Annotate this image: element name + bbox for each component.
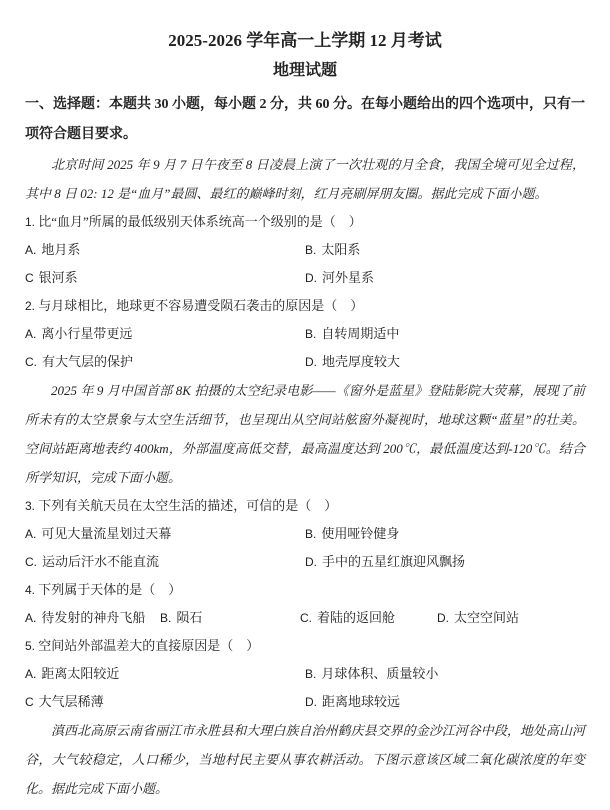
- option-letter: C: [25, 695, 34, 709]
- question-1-number: 1.: [25, 215, 35, 229]
- question-4-text: 下列属于天体的是（ ）: [38, 582, 181, 597]
- question-5-text: 空间站外部温差大的直接原因是（ ）: [38, 638, 259, 653]
- option-letter: C: [25, 271, 34, 285]
- exam-page: 2025-2026 学年高一上学期 12 月考试 地理试题 一、选择题：本题共 …: [0, 0, 610, 810]
- option-text: 河外星系: [322, 270, 374, 285]
- option-4-c: C.着陆的返回舱: [300, 604, 437, 632]
- question-2-text: 与月球相比，地球更不容易遭受陨石袭击的原因是（ ）: [38, 298, 363, 313]
- option-text: 有大气层的保护: [42, 354, 133, 369]
- option-text: 手中的五星红旗迎风飘扬: [322, 554, 465, 569]
- option-letter: D.: [305, 555, 317, 569]
- option-text: 地壳厚度较大: [322, 354, 400, 369]
- question-1-stem: 1. 比“血月”所属的最低级别天体系统高一个级别的是（ ）: [25, 208, 585, 236]
- passage-space-station: 2025 年 9 月中国首部 8K 拍摄的太空纪录电影——《窗外是蓝星》登陆影院…: [25, 376, 585, 492]
- option-5-c: C大气层稀薄: [25, 688, 305, 716]
- option-letter: A.: [25, 527, 36, 541]
- option-text: 自转周期适中: [321, 326, 399, 341]
- option-text: 运动后汗水不能直流: [42, 554, 159, 569]
- passage-jinsha-river: 滇西北高原云南省丽江市永胜县和大理白族自治州鹤庆县交界的金沙江河谷中段，地处高山…: [25, 716, 585, 803]
- option-4-a: A.待发射的神舟飞船: [25, 604, 160, 632]
- option-text: 可见大量流星划过天幕: [41, 526, 171, 541]
- option-5-b: B.月球体积、质量较小: [305, 660, 585, 688]
- question-5-number: 5.: [25, 639, 35, 653]
- option-letter: D.: [437, 611, 449, 625]
- option-letter: D.: [305, 695, 317, 709]
- option-1-c: C银河系: [25, 264, 305, 292]
- option-text: 使用哑铃健身: [321, 526, 399, 541]
- doc-subtitle: 地理试题: [25, 56, 585, 86]
- option-letter: C.: [25, 555, 37, 569]
- option-5-a: A.距离太阳较近: [25, 660, 305, 688]
- option-1-b: B.太阳系: [305, 236, 585, 264]
- option-text: 离小行星带更远: [41, 326, 132, 341]
- option-text: 大气层稀薄: [39, 694, 104, 709]
- question-3-options: A.可见大量流星划过天幕 B.使用哑铃健身 C.运动后汗水不能直流 D.手中的五…: [25, 520, 585, 576]
- question-2-options: A.离小行星带更远 B.自转周期适中 C.有大气层的保护 D.地壳厚度较大: [25, 320, 585, 376]
- option-text: 待发射的神舟飞船: [41, 610, 145, 625]
- option-text: 银河系: [39, 270, 78, 285]
- option-4-b: B.陨石: [160, 604, 300, 632]
- question-3-number: 3.: [25, 499, 35, 513]
- option-2-b: B.自转周期适中: [305, 320, 585, 348]
- option-letter: C.: [25, 355, 37, 369]
- option-4-d: D.太空空间站: [437, 604, 585, 632]
- option-text: 月球体积、质量较小: [321, 666, 438, 681]
- question-3-text: 下列有关航天员在太空生活的描述，可信的是（ ）: [38, 498, 337, 513]
- option-letter: B.: [305, 527, 316, 541]
- option-5-d: D.距离地球较远: [305, 688, 585, 716]
- question-5-options: A.距离太阳较近 B.月球体积、质量较小 C大气层稀薄 D.距离地球较远: [25, 660, 585, 716]
- option-text: 太空空间站: [454, 610, 519, 625]
- option-3-d: D.手中的五星红旗迎风飘扬: [305, 548, 585, 576]
- option-letter: B.: [160, 611, 171, 625]
- question-1-options: A.地月系 B.太阳系 C银河系 D.河外星系: [25, 236, 585, 292]
- question-4-stem: 4. 下列属于天体的是（ ）: [25, 576, 585, 604]
- question-1-text: 比“血月”所属的最低级别天体系统高一个级别的是（ ）: [38, 214, 362, 229]
- question-3-stem: 3. 下列有关航天员在太空生活的描述，可信的是（ ）: [25, 492, 585, 520]
- option-letter: A.: [25, 243, 36, 257]
- option-letter: B.: [305, 243, 316, 257]
- option-text: 地月系: [41, 242, 80, 257]
- option-1-a: A.地月系: [25, 236, 305, 264]
- option-text: 距离太阳较近: [41, 666, 119, 681]
- option-3-b: B.使用哑铃健身: [305, 520, 585, 548]
- option-letter: D.: [305, 355, 317, 369]
- option-2-a: A.离小行星带更远: [25, 320, 305, 348]
- option-text: 陨石: [176, 610, 202, 625]
- option-letter: A.: [25, 327, 36, 341]
- option-text: 太阳系: [321, 242, 360, 257]
- option-2-d: D.地壳厚度较大: [305, 348, 585, 376]
- option-letter: A.: [25, 611, 36, 625]
- question-2-number: 2.: [25, 299, 35, 313]
- option-letter: D.: [305, 271, 317, 285]
- question-2-stem: 2. 与月球相比，地球更不容易遭受陨石袭击的原因是（ ）: [25, 292, 585, 320]
- option-2-c: C.有大气层的保护: [25, 348, 305, 376]
- question-5-stem: 5. 空间站外部温差大的直接原因是（ ）: [25, 632, 585, 660]
- section-heading: 一、选择题：本题共 30 小题，每小题 2 分，共 60 分。在每小题给出的四个…: [25, 90, 585, 150]
- question-4-options: A.待发射的神舟飞船 B.陨石 C.着陆的返回舱 D.太空空间站: [25, 604, 585, 632]
- question-4-number: 4.: [25, 583, 35, 597]
- option-text: 距离地球较远: [322, 694, 400, 709]
- passage-moon-eclipse: 北京时间 2025 年 9 月 7 日午夜至 8 日凌晨上演了一次壮观的月全食，…: [25, 150, 585, 208]
- option-1-d: D.河外星系: [305, 264, 585, 292]
- option-letter: C.: [300, 611, 312, 625]
- option-letter: B.: [305, 667, 316, 681]
- option-letter: A.: [25, 667, 36, 681]
- option-3-c: C.运动后汗水不能直流: [25, 548, 305, 576]
- page-title: 2025-2026 学年高一上学期 12 月考试: [25, 26, 585, 56]
- option-3-a: A.可见大量流星划过天幕: [25, 520, 305, 548]
- option-text: 着陆的返回舱: [317, 610, 395, 625]
- option-letter: B.: [305, 327, 316, 341]
